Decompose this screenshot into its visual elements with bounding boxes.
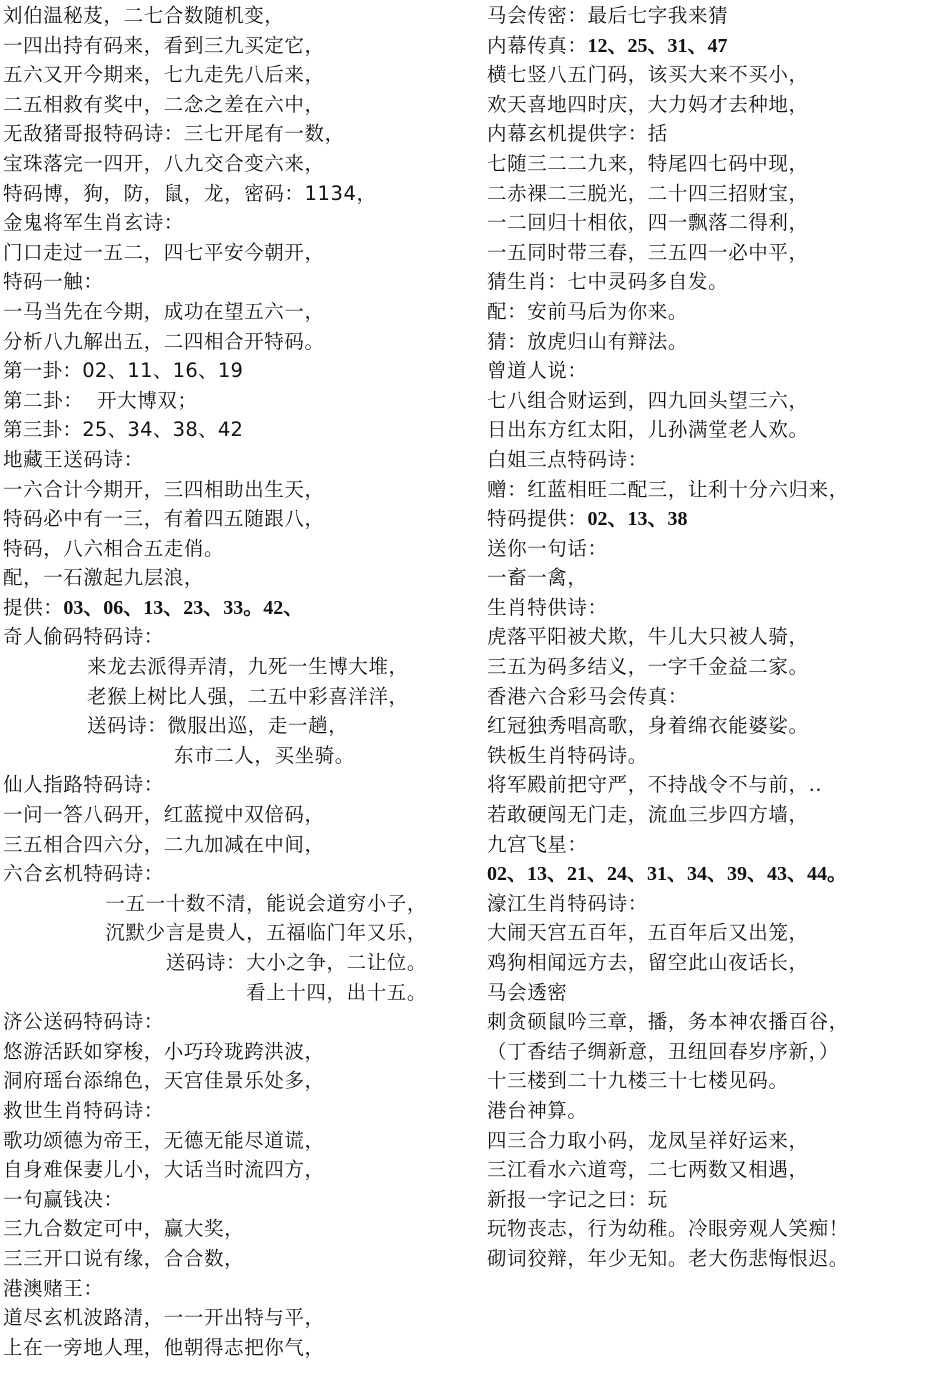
- text-line: 三九合数定可中，赢大奖，: [3, 1214, 473, 1244]
- text-line: 门口走过一五二，四七平安今朝开，: [3, 238, 473, 268]
- bold-numbers: 02、13、21、24、31、34、39、43、44。: [487, 863, 847, 885]
- text-line: 特码必中有一三，有着四五随跟八，: [3, 504, 473, 534]
- text-line: 配：安前马后为你来。: [487, 297, 932, 327]
- section-heading: 济公送码特码诗：: [3, 1007, 473, 1037]
- right-column: 马会传密：最后七字我来猜 内幕传真：12、25、31、47 横七竖八五门码，该买…: [487, 1, 932, 1274]
- section-heading: 港澳赌王：: [3, 1274, 473, 1304]
- text-line: 分析八九解出五，二四相合开特码。: [3, 327, 473, 357]
- section-heading: 仙人指路特码诗：: [3, 770, 473, 800]
- section-heading: 送你一句话：: [487, 534, 932, 564]
- poem-line: 老猴上树比人强，二五中彩喜洋洋，: [3, 682, 473, 712]
- text-line: 猜生肖：七中灵码多自发。: [487, 267, 932, 297]
- text-line: 新报一字记之曰：玩: [487, 1185, 932, 1215]
- text-line: 特码博，狗，防，鼠，龙，密码：1134，: [3, 179, 473, 209]
- poem-line: 送码诗：大小之争，二让位。: [3, 948, 427, 978]
- text-line: 一畜一禽，: [487, 563, 932, 593]
- text-line: 二五相救有奖中，二念之差在六中，: [3, 90, 473, 120]
- numbers-line: 特码提供：02、13、38: [487, 504, 932, 534]
- text-line: 二赤裸二三脱光，二十四三招财宝，: [487, 179, 932, 209]
- text-line: 将军殿前把守严，不持战令不与前，..: [487, 770, 932, 800]
- poem-line: 看上十四，出十五。: [3, 978, 427, 1008]
- text-line: 马会传密：最后七字我来猜: [487, 1, 932, 31]
- section-heading: 香港六合彩马会传真：: [487, 682, 932, 712]
- text-line: 无敌猪哥报特码诗：三七开尾有一数，: [3, 119, 473, 149]
- section-heading: 六合玄机特码诗：: [3, 859, 473, 889]
- text-line: 道尽玄机波路清，一一开出特与平，: [3, 1303, 473, 1333]
- poem-line: 一五一十数不清，能说会道穷小子，: [3, 889, 427, 919]
- section-heading: 白姐三点特码诗：: [487, 445, 932, 475]
- text-line: 一五同时带三春，三五四一必中平，: [487, 238, 932, 268]
- text-line: 五六又开今期来，七九走先八后来，: [3, 60, 473, 90]
- text-line: 七随三二二九来，特尾四七码中现，: [487, 149, 932, 179]
- section-heading: 特码一触：: [3, 267, 473, 297]
- text-line: 四三合力取小码，龙凤呈祥好运来，: [487, 1126, 932, 1156]
- poem-line: 沉默少言是贵人，五福临门年又乐，: [3, 918, 427, 948]
- document-page: 刘伯温秘芨，二七合数随机变， 一四出持有码来，看到三九买定它， 五六又开今期来，…: [0, 0, 935, 1388]
- text-line: 赠：红蓝相旺二配三，让利十分六归来，: [487, 475, 932, 505]
- section-heading: 奇人偷码特码诗：: [3, 622, 473, 652]
- text-line: 第二卦： 开大博双；: [3, 386, 473, 416]
- numbers-line: 提供：03、06、13、23、33。42、: [3, 593, 473, 623]
- text-line: 歌功颂德为帝王，无德无能尽道谎，: [3, 1126, 473, 1156]
- text-line: 虎落平阳被犬欺，牛儿大只被人骑，: [487, 622, 932, 652]
- numbers-line: 内幕传真：12、25、31、47: [487, 31, 932, 61]
- text-line: 大闹天宫五百年，五百年后又出笼，: [487, 918, 932, 948]
- text-line: 一六合计今期开，三四相助出生天，: [3, 475, 473, 505]
- text-line: 第一卦：02、11、16、19: [3, 356, 473, 386]
- text-line: （丁香结子绸新意，丑纽回春岁序新，）: [487, 1037, 932, 1067]
- text-line: 七八组合财运到，四九回头望三六，: [487, 386, 932, 416]
- text-line: 配，一石激起九层浪，: [3, 563, 473, 593]
- section-heading: 一句赢钱决：: [3, 1185, 473, 1215]
- numbers-label: 特码提供：: [487, 507, 588, 530]
- section-heading: 金鬼将军生肖玄诗：: [3, 208, 473, 238]
- text-line: 横七竖八五门码，该买大来不买小，: [487, 60, 932, 90]
- poem-line: 送码诗：微服出巡，走一趟，: [3, 711, 473, 741]
- section-heading: 救世生肖特码诗：: [3, 1096, 473, 1126]
- text-line: 三江看水六道弯，二七两数又相遇，: [487, 1155, 932, 1185]
- bold-numbers: 03、06、13、23、33。42、: [63, 597, 303, 619]
- text-line: 自身难保妻儿小，大话当时流四方，: [3, 1155, 473, 1185]
- text-line: 一四出持有码来，看到三九买定它，: [3, 31, 473, 61]
- text-line: 宝珠落完一四开，八九交合变六来，: [3, 149, 473, 179]
- numbers-label: 内幕传真：: [487, 34, 588, 57]
- section-heading: 港台神算。: [487, 1096, 932, 1126]
- section-heading: 生肖特供诗：: [487, 593, 932, 623]
- text-line: 玩物丧志，行为幼稚。冷眼旁观人笑痴！: [487, 1214, 932, 1244]
- numbers-label: 提供：: [3, 596, 63, 619]
- section-heading: 马会透密: [487, 978, 932, 1008]
- section-heading: 曾道人说：: [487, 356, 932, 386]
- section-heading: 九宫飞星：: [487, 830, 932, 860]
- text-line: 三五相合四六分，二九加减在中间，: [3, 830, 473, 860]
- text-line: 上在一旁地人理，他朝得志把你气，: [3, 1333, 473, 1363]
- text-line: 鸡狗相闻远方去，留空此山夜话长，: [487, 948, 932, 978]
- text-line: 内幕玄机提供字：括: [487, 119, 932, 149]
- text-line: 洞府瑶台添绵色，天宫佳景乐处多，: [3, 1066, 473, 1096]
- text-line: 一二回归十相依，四一飘落二得利，: [487, 208, 932, 238]
- text-line: 若敢硬闯无门走，流血三步四方墙，: [487, 800, 932, 830]
- bold-numbers: 12、25、31、47: [588, 35, 728, 57]
- text-line: 刺贪硕鼠吟三章，播，务本神农播百谷，: [487, 1007, 932, 1037]
- text-line: 刘伯温秘芨，二七合数随机变，: [3, 1, 473, 31]
- text-line: 三三开口说有缘，合合数，: [3, 1244, 473, 1274]
- text-line: 第三卦：25、34、38、42: [3, 415, 473, 445]
- text-line: 三五为码多结义，一字千金益二家。: [487, 652, 932, 682]
- text-line: 悠游活跃如穿梭，小巧玲珑跨洪波，: [3, 1037, 473, 1067]
- text-line: 一马当先在今期，成功在望五六一，: [3, 297, 473, 327]
- numbers-line: 02、13、21、24、31、34、39、43、44。: [487, 859, 932, 889]
- section-heading: 濠江生肖特码诗：: [487, 889, 932, 919]
- text-line: 砌词狡辩，年少无知。老大伤悲悔恨迟。: [487, 1244, 932, 1274]
- text-line: 欢天喜地四时庆，大力妈才去种地，: [487, 90, 932, 120]
- text-line: 一问一答八码开，红蓝搅中双倍码，: [3, 800, 473, 830]
- bold-numbers: 02、13、38: [588, 508, 688, 530]
- text-line: 红冠独秀唱高歌，身着绵衣能婆娑。: [487, 711, 932, 741]
- section-heading: 地藏王送码诗：: [3, 445, 473, 475]
- text-line: 十三楼到二十九楼三十七楼见码。: [487, 1066, 932, 1096]
- left-column: 刘伯温秘芨，二七合数随机变， 一四出持有码来，看到三九买定它， 五六又开今期来，…: [3, 1, 473, 1362]
- section-heading: 铁板生肖特码诗。: [487, 741, 932, 771]
- text-line: 猜：放虎归山有辩法。: [487, 327, 932, 357]
- text-line: 特码，八六相合五走俏。: [3, 534, 473, 564]
- poem-line: 东市二人，买坐骑。: [3, 741, 473, 771]
- text-line: 日出东方红太阳，儿孙满堂老人欢。: [487, 415, 932, 445]
- poem-line: 来龙去派得弄清，九死一生博大堆，: [3, 652, 473, 682]
